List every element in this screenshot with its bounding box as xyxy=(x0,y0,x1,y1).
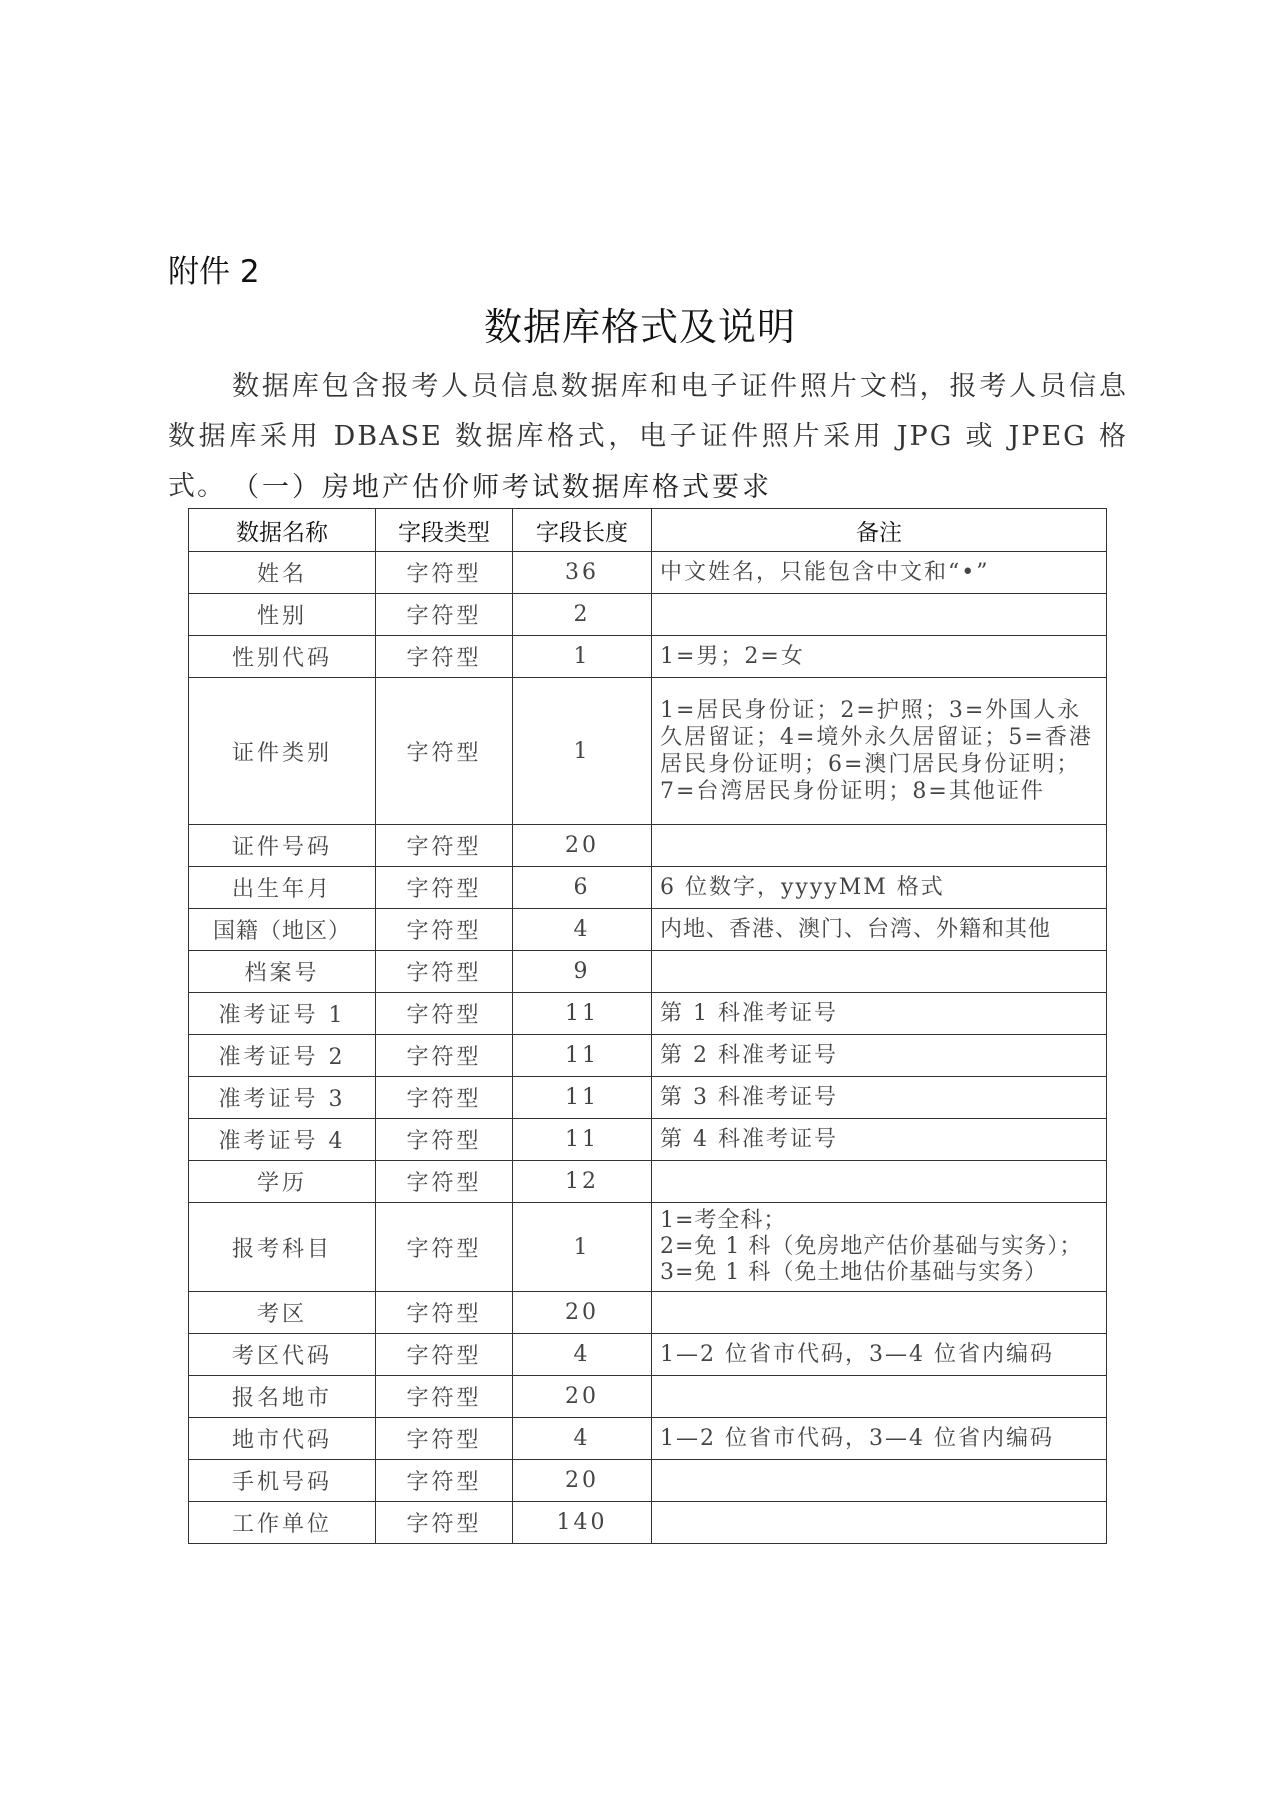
cell-length: 4 xyxy=(513,1418,652,1460)
table-row: 性别 字符型 2 xyxy=(189,594,1107,636)
cell-name: 学历 xyxy=(189,1161,376,1203)
cell-note: 1=男；2=女 xyxy=(652,636,1107,678)
cell-type: 字符型 xyxy=(376,1376,513,1418)
cell-note: 第 4 科准考证号 xyxy=(652,1119,1107,1161)
cell-name: 考区代码 xyxy=(189,1334,376,1376)
cell-length: 20 xyxy=(513,1376,652,1418)
cell-type: 字符型 xyxy=(376,678,513,825)
cell-type: 字符型 xyxy=(376,993,513,1035)
cell-note: 6 位数字，yyyyMM 格式 xyxy=(652,867,1107,909)
cell-type: 字符型 xyxy=(376,552,513,594)
cell-length: 6 xyxy=(513,867,652,909)
cell-name: 证件号码 xyxy=(189,825,376,867)
cell-type: 字符型 xyxy=(376,867,513,909)
cell-length: 36 xyxy=(513,552,652,594)
cell-name: 出生年月 xyxy=(189,867,376,909)
cell-name: 工作单位 xyxy=(189,1502,376,1544)
attachment-label: 附件 2 xyxy=(168,246,260,291)
note-line: 2=免 1 科（免房地产估价基础与实务）； xyxy=(660,1234,1098,1260)
cell-type: 字符型 xyxy=(376,1292,513,1334)
cell-type: 字符型 xyxy=(376,1203,513,1292)
table-row: 证件号码 字符型 20 xyxy=(189,825,1107,867)
table-row: 准考证号 4 字符型 11 第 4 科准考证号 xyxy=(189,1119,1107,1161)
cell-note: 1=考全科； 2=免 1 科（免房地产估价基础与实务）； 3=免 1 科（免土地… xyxy=(652,1203,1107,1292)
document-title: 数据库格式及说明 xyxy=(0,296,1280,351)
cell-type: 字符型 xyxy=(376,1161,513,1203)
cell-type: 字符型 xyxy=(376,1334,513,1376)
cell-note: 中文姓名，只能包含中文和“•” xyxy=(652,552,1107,594)
cell-type: 字符型 xyxy=(376,1418,513,1460)
cell-length: 11 xyxy=(513,1035,652,1077)
cell-type: 字符型 xyxy=(376,1077,513,1119)
table-row: 考区 字符型 20 xyxy=(189,1292,1107,1334)
cell-note: 第 1 科准考证号 xyxy=(652,993,1107,1035)
cell-note xyxy=(652,1460,1107,1502)
cell-name: 档案号 xyxy=(189,951,376,993)
cell-note: 内地、香港、澳门、台湾、外籍和其他 xyxy=(652,909,1107,951)
table-row: 准考证号 3 字符型 11 第 3 科准考证号 xyxy=(189,1077,1107,1119)
cell-type: 字符型 xyxy=(376,825,513,867)
table-row: 手机号码 字符型 20 xyxy=(189,1460,1107,1502)
table-row: 档案号 字符型 9 xyxy=(189,951,1107,993)
cell-name: 地市代码 xyxy=(189,1418,376,1460)
cell-name: 性别 xyxy=(189,594,376,636)
cell-length: 1 xyxy=(513,1203,652,1292)
header-field-name: 数据名称 xyxy=(189,509,376,552)
cell-note xyxy=(652,1161,1107,1203)
cell-length: 20 xyxy=(513,825,652,867)
note-line: 3=免 1 科（免土地估价基础与实务） xyxy=(660,1260,1098,1286)
cell-note: 1—2 位省市代码，3—4 位省内编码 xyxy=(652,1334,1107,1376)
cell-length: 1 xyxy=(513,636,652,678)
cell-name: 证件类别 xyxy=(189,678,376,825)
cell-note xyxy=(652,1502,1107,1544)
table-row: 准考证号 1 字符型 11 第 1 科准考证号 xyxy=(189,993,1107,1035)
cell-length: 11 xyxy=(513,1077,652,1119)
cell-length: 11 xyxy=(513,993,652,1035)
header-field-type: 字段类型 xyxy=(376,509,513,552)
cell-note: 1=居民身份证；2=护照；3=外国人永久居留证；4=境外永久居留证；5=香港居民… xyxy=(652,678,1107,825)
table-row: 报名地市 字符型 20 xyxy=(189,1376,1107,1418)
cell-length: 4 xyxy=(513,909,652,951)
header-remarks: 备注 xyxy=(652,509,1107,552)
table-row: 国籍（地区） 字符型 4 内地、香港、澳门、台湾、外籍和其他 xyxy=(189,909,1107,951)
table-row: 工作单位 字符型 140 xyxy=(189,1502,1107,1544)
cell-note xyxy=(652,825,1107,867)
cell-type: 字符型 xyxy=(376,1035,513,1077)
cell-length: 9 xyxy=(513,951,652,993)
header-field-length: 字段长度 xyxy=(513,509,652,552)
cell-name: 报考科目 xyxy=(189,1203,376,1292)
cell-note xyxy=(652,951,1107,993)
cell-type: 字符型 xyxy=(376,1502,513,1544)
cell-name: 准考证号 1 xyxy=(189,993,376,1035)
cell-note xyxy=(652,1292,1107,1334)
table-row: 准考证号 2 字符型 11 第 2 科准考证号 xyxy=(189,1035,1107,1077)
cell-note: 第 2 科准考证号 xyxy=(652,1035,1107,1077)
cell-length: 12 xyxy=(513,1161,652,1203)
database-format-table: 数据名称 字段类型 字段长度 备注 姓名 字符型 36 中文姓名，只能包含中文和… xyxy=(188,508,1107,1544)
cell-type: 字符型 xyxy=(376,1460,513,1502)
cell-name: 准考证号 3 xyxy=(189,1077,376,1119)
cell-name: 国籍（地区） xyxy=(189,909,376,951)
cell-type: 字符型 xyxy=(376,1119,513,1161)
section-heading: （一）房地产估价师考试数据库格式要求 xyxy=(232,465,772,504)
table-row: 性别代码 字符型 1 1=男；2=女 xyxy=(189,636,1107,678)
cell-name: 姓名 xyxy=(189,552,376,594)
cell-name: 手机号码 xyxy=(189,1460,376,1502)
cell-length: 11 xyxy=(513,1119,652,1161)
cell-type: 字符型 xyxy=(376,909,513,951)
note-line: 1=考全科； xyxy=(660,1208,1098,1234)
cell-length: 20 xyxy=(513,1460,652,1502)
cell-type: 字符型 xyxy=(376,594,513,636)
cell-note xyxy=(652,594,1107,636)
table-row: 学历 字符型 12 xyxy=(189,1161,1107,1203)
cell-length: 20 xyxy=(513,1292,652,1334)
table-row: 考区代码 字符型 4 1—2 位省市代码，3—4 位省内编码 xyxy=(189,1334,1107,1376)
table-row: 出生年月 字符型 6 6 位数字，yyyyMM 格式 xyxy=(189,867,1107,909)
cell-note: 1—2 位省市代码，3—4 位省内编码 xyxy=(652,1418,1107,1460)
table-row: 姓名 字符型 36 中文姓名，只能包含中文和“•” xyxy=(189,552,1107,594)
table-row: 地市代码 字符型 4 1—2 位省市代码，3—4 位省内编码 xyxy=(189,1418,1107,1460)
table-header-row: 数据名称 字段类型 字段长度 备注 xyxy=(189,509,1107,552)
cell-length: 1 xyxy=(513,678,652,825)
cell-name: 报名地市 xyxy=(189,1376,376,1418)
cell-note xyxy=(652,1376,1107,1418)
cell-length: 140 xyxy=(513,1502,652,1544)
cell-length: 2 xyxy=(513,594,652,636)
cell-type: 字符型 xyxy=(376,636,513,678)
cell-name: 准考证号 4 xyxy=(189,1119,376,1161)
table-row: 报考科目 字符型 1 1=考全科； 2=免 1 科（免房地产估价基础与实务）； … xyxy=(189,1203,1107,1292)
cell-length: 4 xyxy=(513,1334,652,1376)
cell-name: 准考证号 2 xyxy=(189,1035,376,1077)
cell-name: 考区 xyxy=(189,1292,376,1334)
cell-type: 字符型 xyxy=(376,951,513,993)
cell-note: 第 3 科准考证号 xyxy=(652,1077,1107,1119)
table-row: 证件类别 字符型 1 1=居民身份证；2=护照；3=外国人永久居留证；4=境外永… xyxy=(189,678,1107,825)
cell-name: 性别代码 xyxy=(189,636,376,678)
